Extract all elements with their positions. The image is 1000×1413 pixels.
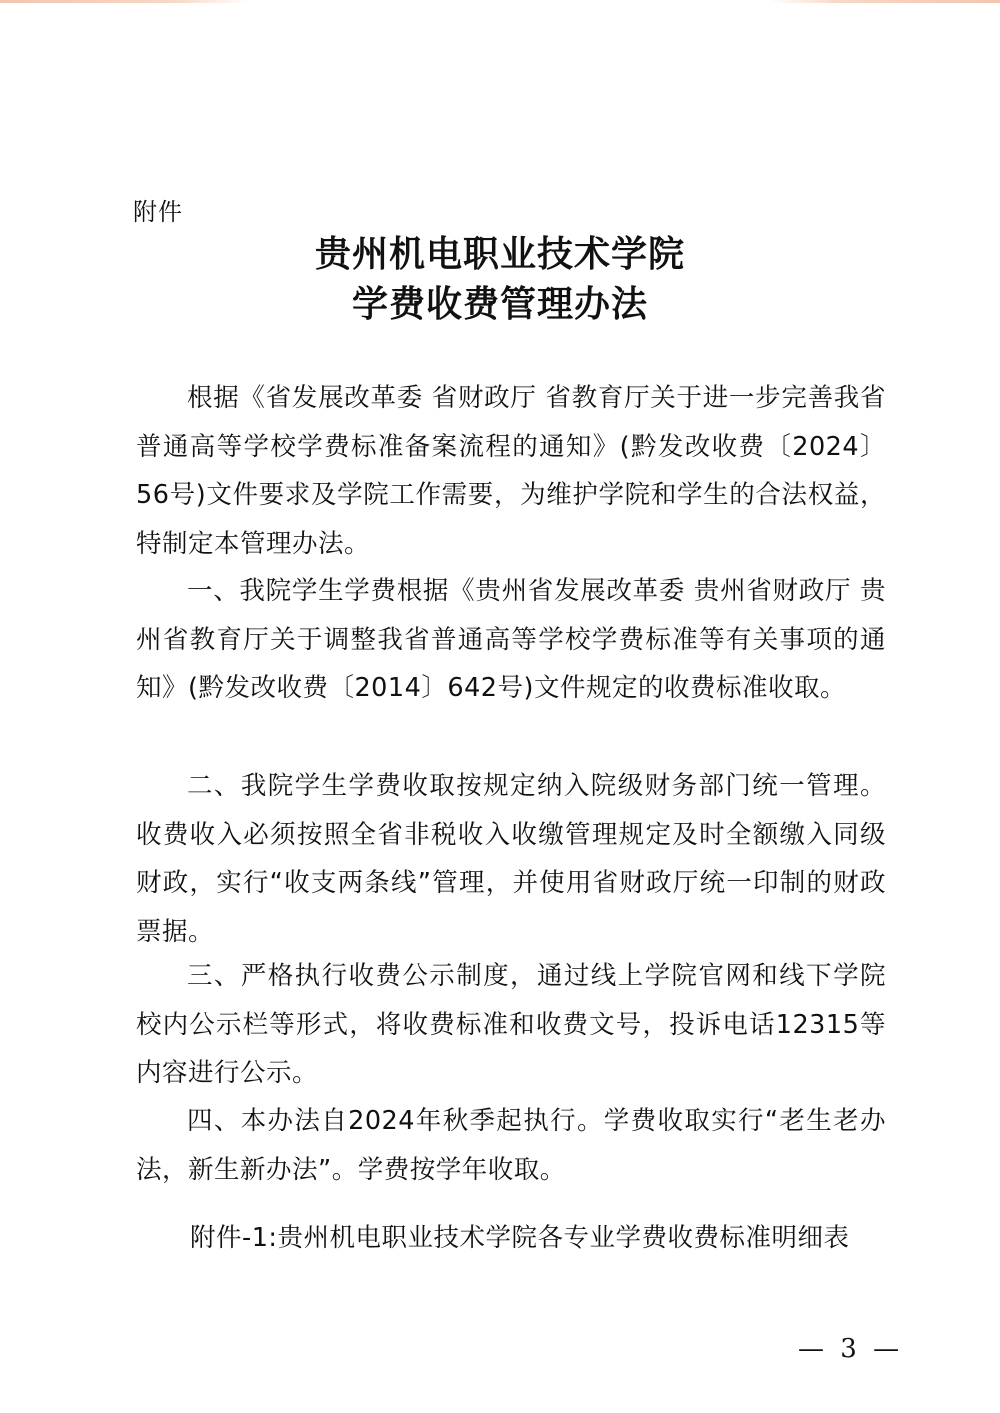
page-number: — 3 — (798, 1334, 903, 1364)
paragraph-clause-3: 三、严格执行收费公示制度，通过线上学院官网和线下学院校内公示栏等形式，将收费标准… (136, 952, 886, 1098)
paragraph-preamble: 根据《省发展改革委 省财政厅 省教育厅关于进一步完善我省普通高等学校学费标准备案… (136, 374, 886, 568)
scan-edge-decoration (0, 0, 250, 3)
paragraph-clause-4: 四、本办法自2024年秋季起执行。学费收取实行“老生老办法，新生新办法”。学费按… (136, 1097, 886, 1194)
paragraph-clause-1: 一、我院学生学费根据《贵州省发展改革委 贵州省财政厅 贵州省教育厅关于调整我省普… (136, 567, 886, 713)
document-title-line-1: 贵州机电职业技术学院 (0, 232, 1000, 276)
document-title-line-2: 学费收费管理办法 (0, 282, 1000, 326)
appendix-reference: 附件-1:贵州机电职业技术学院各专业学费收费标准明细表 (190, 1218, 850, 1254)
scan-edge-decoration (770, 0, 1000, 3)
paragraph-clause-2: 二、我院学生学费收取按规定纳入院级财务部门统一管理。收费收入必须按照全省非税收入… (136, 762, 886, 956)
attachment-label: 附件 (133, 192, 183, 227)
